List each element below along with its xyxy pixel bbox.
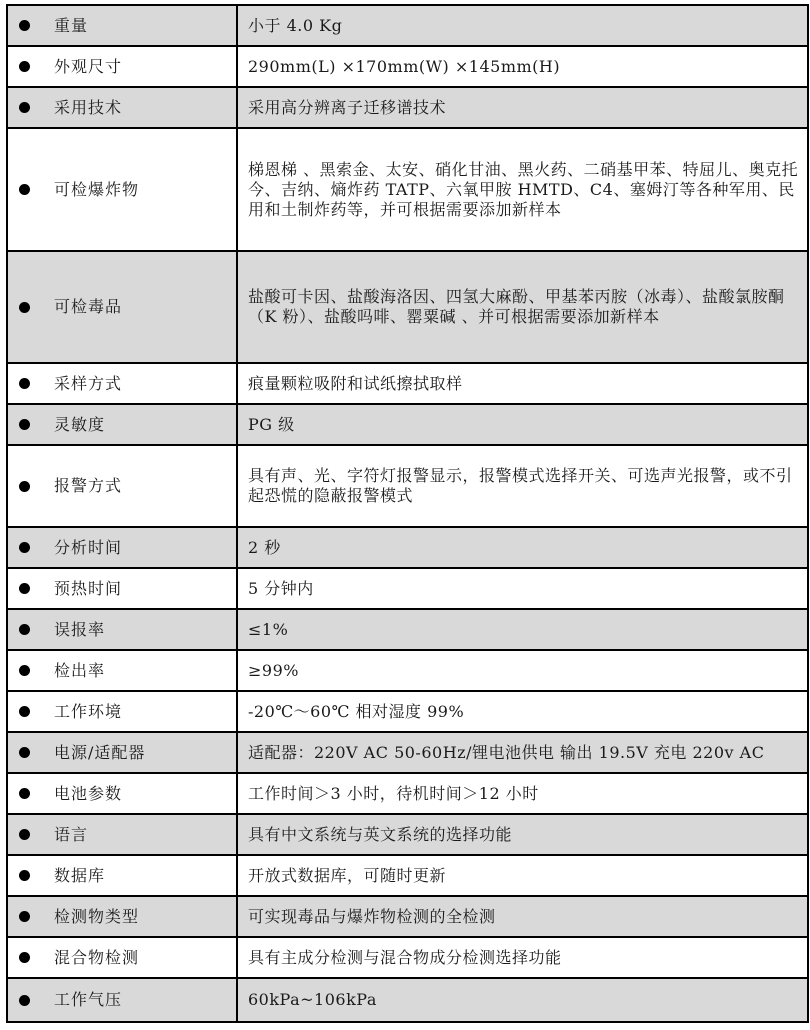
spec-value-cell: 具有中文系统与英文系统的选择功能 [237, 814, 808, 855]
spec-value: ≤1% [248, 620, 288, 639]
spec-row-15: 电池参数 工作时间＞3 小时，待机时间＞12 小时 [7, 773, 808, 814]
spec-value-cell: 开放式数据库，可随时更新 [237, 855, 808, 896]
spec-value-cell: 适配器：220V AC 50-60Hz/锂电池供电 输出 19.5V 充电 22… [237, 732, 808, 773]
bullet-icon [19, 378, 30, 389]
spec-value: 具有中文系统与英文系统的选择功能 [248, 825, 512, 844]
spec-label-cell: 电源/适配器 [7, 732, 237, 773]
bullet-icon [19, 542, 30, 553]
spec-value-cell: 可实现毒品与爆炸物检测的全检测 [237, 896, 808, 937]
spec-table: 重量 小于 4.0 Kg 外观尺寸 290mm(L) ×170mm(W) ×14… [6, 4, 809, 1023]
spec-value-cell: ≤1% [237, 609, 808, 650]
spec-label-cell: 检测物类型 [7, 896, 237, 937]
bullet-icon [19, 911, 30, 922]
spec-label-cell: 外观尺寸 [7, 46, 237, 87]
spec-value-cell: 5 分钟内 [237, 568, 808, 609]
spec-label: 工作气压 [54, 990, 122, 1010]
spec-label-cell: 采样方式 [7, 363, 237, 404]
spec-value: 开放式数据库，可随时更新 [248, 866, 446, 885]
spec-label: 语言 [54, 825, 88, 845]
spec-label: 检出率 [54, 661, 105, 681]
spec-row-9: 分析时间 2 秒 [7, 527, 808, 568]
spec-label: 采用技术 [54, 98, 122, 118]
spec-value: 采用高分辨离子迁移谱技术 [248, 98, 446, 117]
spec-label: 电源/适配器 [54, 743, 145, 763]
spec-value-cell: PG 级 [237, 404, 808, 445]
bullet-icon [19, 61, 30, 72]
spec-value-cell: 具有声、光、字符灯报警显示，报警模式选择开关、可选声光报警，或不引起恐慌的隐蔽报… [237, 445, 808, 527]
spec-value: 2 秒 [248, 538, 281, 557]
spec-row-18: 检测物类型 可实现毒品与爆炸物检测的全检测 [7, 896, 808, 937]
bullet-icon [19, 870, 30, 881]
bullet-icon [19, 184, 30, 195]
bullet-icon [19, 583, 30, 594]
spec-row-14: 电源/适配器 适配器：220V AC 50-60Hz/锂电池供电 输出 19.5… [7, 732, 808, 773]
bullet-icon [19, 706, 30, 717]
spec-value-cell: 小于 4.0 Kg [237, 5, 808, 46]
spec-value-cell: 盐酸可卡因、盐酸海洛因、四氢大麻酚、甲基苯丙胺（冰毒）、盐酸氯胺酮（K 粉）、盐… [237, 251, 808, 363]
spec-value: 梯恩梯 、黑索金、太安、硝化甘油、黑火药、二硝基甲苯、特屈儿、奥克托今、吉纳、熵… [248, 160, 798, 219]
spec-label: 混合物检测 [54, 948, 139, 968]
spec-row-11: 误报率 ≤1% [7, 609, 808, 650]
spec-label-cell: 可检毒品 [7, 251, 237, 363]
spec-label: 电池参数 [54, 784, 122, 804]
spec-value: 具有声、光、字符灯报警显示，报警模式选择开关、可选声光报警，或不引起恐慌的隐蔽报… [248, 466, 793, 505]
spec-label: 误报率 [54, 620, 105, 640]
bullet-icon [19, 481, 30, 492]
spec-label: 报警方式 [54, 476, 122, 496]
spec-label: 可检爆炸物 [54, 180, 139, 200]
spec-row-1: 重量 小于 4.0 Kg [7, 5, 808, 46]
spec-row-10: 预热时间 5 分钟内 [7, 568, 808, 609]
spec-value-cell: 采用高分辨离子迁移谱技术 [237, 87, 808, 128]
spec-label-cell: 检出率 [7, 650, 237, 691]
spec-value: 小于 4.0 Kg [248, 16, 342, 35]
spec-table-body: 重量 小于 4.0 Kg 外观尺寸 290mm(L) ×170mm(W) ×14… [7, 5, 808, 1022]
spec-value: 痕量颗粒吸附和试纸擦拭取样 [248, 374, 463, 393]
spec-label-cell: 电池参数 [7, 773, 237, 814]
spec-value: 盐酸可卡因、盐酸海洛因、四氢大麻酚、甲基苯丙胺（冰毒）、盐酸氯胺酮（K 粉）、盐… [248, 287, 785, 326]
spec-label: 外观尺寸 [54, 57, 122, 77]
spec-value-cell: 痕量颗粒吸附和试纸擦拭取样 [237, 363, 808, 404]
spec-label-cell: 分析时间 [7, 527, 237, 568]
spec-label: 数据库 [54, 866, 105, 886]
spec-value-cell: 工作时间＞3 小时，待机时间＞12 小时 [237, 773, 808, 814]
spec-label: 工作环境 [54, 702, 122, 722]
bullet-icon [19, 665, 30, 676]
spec-label-cell: 可检爆炸物 [7, 128, 237, 251]
bullet-icon [19, 302, 30, 313]
spec-row-8: 报警方式 具有声、光、字符灯报警显示，报警模式选择开关、可选声光报警，或不引起恐… [7, 445, 808, 527]
spec-label-cell: 混合物检测 [7, 937, 237, 978]
bullet-icon [19, 995, 30, 1006]
spec-value: 可实现毒品与爆炸物检测的全检测 [248, 907, 496, 926]
spec-label-cell: 误报率 [7, 609, 237, 650]
spec-label-cell: 工作环境 [7, 691, 237, 732]
spec-label-cell: 工作气压 [7, 978, 237, 1022]
spec-value: -20℃～60℃ 相对湿度 99% [248, 702, 464, 721]
spec-value: 具有主成分检测与混合物成分检测选择功能 [248, 948, 562, 967]
bullet-icon [19, 624, 30, 635]
spec-label-cell: 预热时间 [7, 568, 237, 609]
spec-label: 可检毒品 [54, 297, 122, 317]
bullet-icon [19, 788, 30, 799]
spec-label-cell: 重量 [7, 5, 237, 46]
bullet-icon [19, 747, 30, 758]
spec-row-2: 外观尺寸 290mm(L) ×170mm(W) ×145mm(H) [7, 46, 808, 87]
spec-value-cell: 梯恩梯 、黑索金、太安、硝化甘油、黑火药、二硝基甲苯、特屈儿、奥克托今、吉纳、熵… [237, 128, 808, 251]
spec-value-cell: 2 秒 [237, 527, 808, 568]
spec-value-cell: 60kPa~106kPa [237, 978, 808, 1022]
spec-label-cell: 灵敏度 [7, 404, 237, 445]
spec-label: 灵敏度 [54, 415, 105, 435]
spec-row-12: 检出率 ≥99% [7, 650, 808, 691]
spec-row-6: 采样方式 痕量颗粒吸附和试纸擦拭取样 [7, 363, 808, 404]
spec-label: 检测物类型 [54, 907, 139, 927]
spec-label: 预热时间 [54, 579, 122, 599]
spec-row-3: 采用技术 采用高分辨离子迁移谱技术 [7, 87, 808, 128]
spec-value: 60kPa~106kPa [248, 990, 377, 1009]
spec-value: 5 分钟内 [248, 579, 314, 598]
spec-value-cell: 290mm(L) ×170mm(W) ×145mm(H) [237, 46, 808, 87]
spec-row-5: 可检毒品 盐酸可卡因、盐酸海洛因、四氢大麻酚、甲基苯丙胺（冰毒）、盐酸氯胺酮（K… [7, 251, 808, 363]
spec-row-4: 可检爆炸物 梯恩梯 、黑索金、太安、硝化甘油、黑火药、二硝基甲苯、特屈儿、奥克托… [7, 128, 808, 251]
spec-row-16: 语言 具有中文系统与英文系统的选择功能 [7, 814, 808, 855]
spec-label-cell: 数据库 [7, 855, 237, 896]
spec-label-cell: 语言 [7, 814, 237, 855]
spec-label: 采样方式 [54, 374, 122, 394]
spec-row-13: 工作环境 -20℃～60℃ 相对湿度 99% [7, 691, 808, 732]
spec-row-17: 数据库 开放式数据库，可随时更新 [7, 855, 808, 896]
spec-row-20: 工作气压 60kPa~106kPa [7, 978, 808, 1022]
spec-value-cell: -20℃～60℃ 相对湿度 99% [237, 691, 808, 732]
spec-label-cell: 采用技术 [7, 87, 237, 128]
spec-label: 分析时间 [54, 538, 122, 558]
spec-row-19: 混合物检测 具有主成分检测与混合物成分检测选择功能 [7, 937, 808, 978]
bullet-icon [19, 20, 30, 31]
spec-value: PG 级 [248, 415, 295, 434]
spec-value: 290mm(L) ×170mm(W) ×145mm(H) [248, 57, 560, 76]
spec-value: 适配器：220V AC 50-60Hz/锂电池供电 输出 19.5V 充电 22… [248, 743, 764, 762]
spec-label-cell: 报警方式 [7, 445, 237, 527]
spec-value: ≥99% [248, 661, 299, 680]
bullet-icon [19, 102, 30, 113]
bullet-icon [19, 952, 30, 963]
spec-row-7: 灵敏度 PG 级 [7, 404, 808, 445]
bullet-icon [19, 419, 30, 430]
bullet-icon [19, 829, 30, 840]
spec-value-cell: 具有主成分检测与混合物成分检测选择功能 [237, 937, 808, 978]
spec-label: 重量 [54, 16, 88, 36]
spec-value: 工作时间＞3 小时，待机时间＞12 小时 [248, 784, 539, 803]
spec-value-cell: ≥99% [237, 650, 808, 691]
